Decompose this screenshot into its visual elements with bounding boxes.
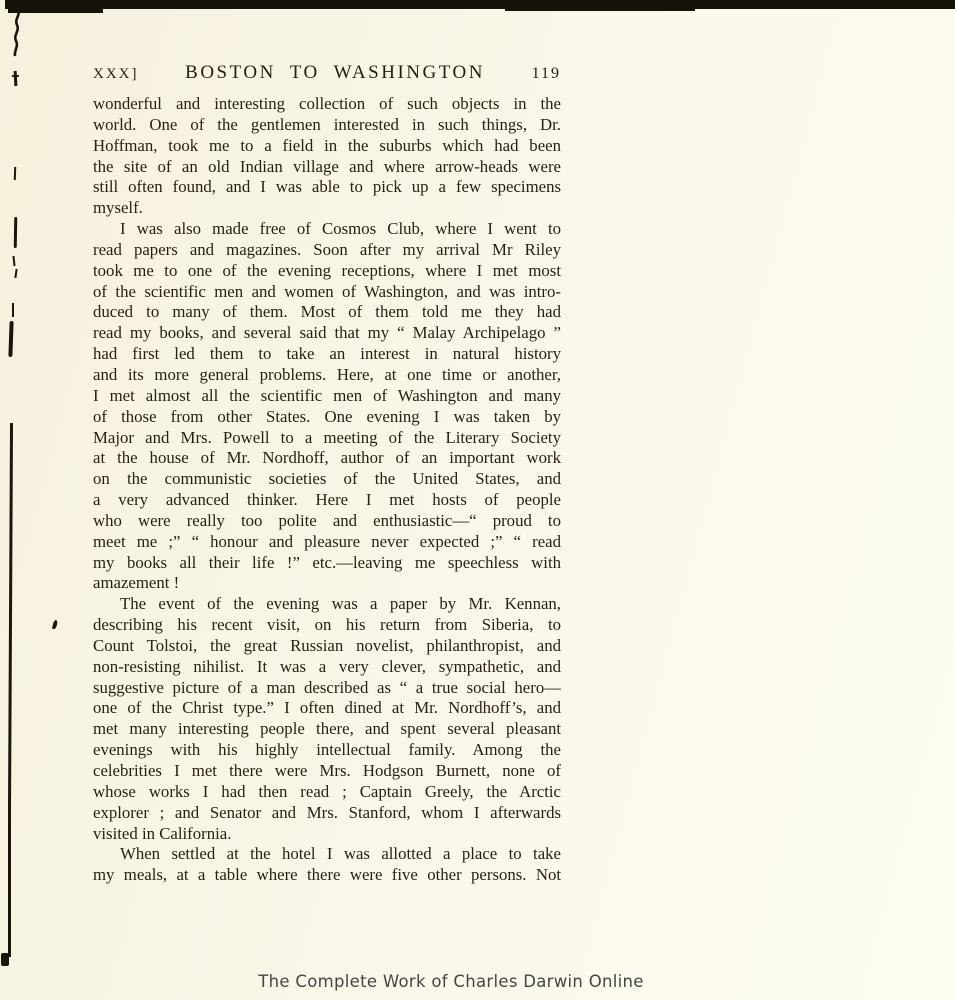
text-line: my books all their life !” etc.—leaving … bbox=[93, 553, 561, 574]
scan-artifact-binding-line bbox=[8, 805, 12, 957]
text-line: celebrities I met there were Mrs. Hodgso… bbox=[93, 761, 561, 782]
text-line: a very advanced thinker. Here I met host… bbox=[93, 490, 561, 511]
scan-artifact-binding-line bbox=[8, 423, 13, 813]
text-line: still often found, and I was able to pic… bbox=[93, 177, 561, 198]
text-line: who were really too polite and enthusias… bbox=[93, 511, 561, 532]
text-line: read papers and magazines. Soon after my… bbox=[93, 240, 561, 261]
scan-artifact-mark bbox=[14, 217, 18, 248]
text-line: took me to one of the evening receptions… bbox=[93, 261, 561, 282]
text-line: I met almost all the scientific men of W… bbox=[93, 386, 561, 407]
text-line: on the communistic societies of the Unit… bbox=[93, 469, 561, 490]
running-title: BOSTON TO WASHINGTON bbox=[139, 62, 532, 84]
text-line: the site of an old Indian village and wh… bbox=[93, 157, 561, 178]
text-line: and its more general problems. Here, at … bbox=[93, 365, 561, 386]
text-line: The event of the evening was a paper by … bbox=[93, 594, 561, 615]
text-line: wonderful and interesting collection of … bbox=[93, 94, 561, 115]
text-line: Count Tolstoi, the great Russian novelis… bbox=[93, 636, 561, 657]
page-header: XXX] BOSTON TO WASHINGTON 119 bbox=[93, 62, 561, 84]
scan-artifact-mark bbox=[12, 256, 15, 266]
text-line: suggestive picture of a man described as… bbox=[93, 678, 561, 699]
text-line: my meals, at a table where there were fi… bbox=[93, 865, 561, 886]
scan-artifact-mark bbox=[52, 620, 58, 630]
text-line: whose works I had then read ; Captain Gr… bbox=[93, 782, 561, 803]
page-number: 119 bbox=[532, 65, 561, 83]
text-line: amazement ! bbox=[93, 573, 561, 594]
scan-artifact-mark bbox=[14, 167, 16, 180]
text-line: Major and Mrs. Powell to a meeting of th… bbox=[93, 428, 561, 449]
text-line: one of the Christ type.” I often dined a… bbox=[93, 698, 561, 719]
text-line: at the house of Mr. Nordhoff, author of … bbox=[93, 448, 561, 469]
scan-artifact-mark bbox=[1, 953, 9, 966]
scan-top-edge-bar bbox=[5, 0, 955, 9]
text-line: met many interesting people there, and s… bbox=[93, 719, 561, 740]
text-line: duced to many of them. Most of them told… bbox=[93, 302, 561, 323]
text-line: meet me ;” “ honour and pleasure never e… bbox=[93, 532, 561, 553]
scan-artifact-squiggle bbox=[11, 8, 27, 58]
text-line: of those from other States. One evening … bbox=[93, 407, 561, 428]
text-line: world. One of the gentlemen interested i… bbox=[93, 115, 561, 136]
site-caption: The Complete Work of Charles Darwin Onli… bbox=[0, 972, 902, 991]
scan-artifact-mark bbox=[12, 303, 14, 317]
text-line: myself. bbox=[93, 198, 561, 219]
text-line: of the scientific men and women of Washi… bbox=[93, 282, 561, 303]
text-line: Hoffman, took me to a field in the subur… bbox=[93, 136, 561, 157]
scanned-book-page: { "header": { "chapter": "XXX]", "title"… bbox=[0, 0, 955, 1000]
text-line: read my books, and several said that my … bbox=[93, 323, 561, 344]
text-line: I was also made free of Cosmos Club, whe… bbox=[93, 219, 561, 240]
scan-artifact-mark bbox=[14, 71, 18, 86]
text-block: wonderful and interesting collection of … bbox=[93, 94, 561, 886]
text-line: describing his recent visit, on his retu… bbox=[93, 615, 561, 636]
text-line: had first led them to take an interest i… bbox=[93, 344, 561, 365]
text-line: When settled at the hotel I was allotted… bbox=[93, 844, 561, 865]
text-line: evenings with his highly intellectual fa… bbox=[93, 740, 561, 761]
text-line: explorer ; and Senator and Mrs. Stanford… bbox=[93, 803, 561, 824]
scan-artifact-mark bbox=[14, 269, 17, 278]
scan-artifact-mark bbox=[8, 321, 13, 357]
text-line: visited in California. bbox=[93, 824, 561, 845]
chapter-number: XXX] bbox=[93, 66, 139, 83]
text-line: non-resisting nihilist. It was a very cl… bbox=[93, 657, 561, 678]
